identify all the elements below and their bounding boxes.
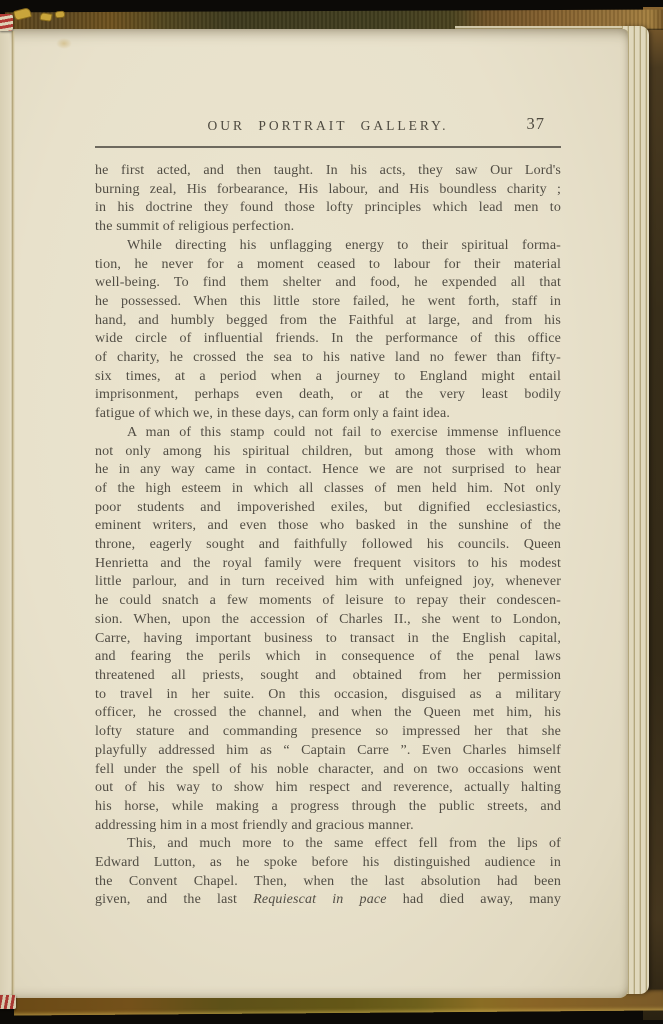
text-run: Edward Lutton, as he spoke before his di…: [95, 855, 561, 870]
text-line: sion. When, upon the accession of Charle…: [95, 611, 561, 630]
text-line: This, and much more to the same effect f…: [95, 835, 561, 854]
text-line: addressing him in a most friendly and gr…: [95, 817, 561, 836]
text-run: he in any way came in contact. Hence we …: [95, 462, 561, 477]
text-line: he first acted, and then taught. In his …: [95, 162, 561, 181]
text-line: fatigue of which we, in these days, can …: [95, 405, 561, 424]
text-line: wide circle of influential friends. In t…: [95, 330, 561, 349]
page-number: 37: [527, 116, 546, 132]
text-run: out of his way to show him respect and r…: [95, 780, 561, 795]
text-run: in his doctrine they found those lofty p…: [95, 200, 561, 215]
text-run: had died away, many: [387, 892, 561, 907]
text-run: poor students and impoverished exiles, b…: [95, 500, 561, 515]
header-rule: [95, 146, 561, 148]
running-header-title: OUR PORTRAIT GALLERY.: [95, 118, 561, 134]
text-run: threatened all priests, sought and obtai…: [95, 668, 561, 683]
text-run: burning zeal, His forbearance, His labou…: [95, 182, 561, 197]
text-line: he in any way came in contact. Hence we …: [95, 461, 561, 480]
text-run: hand, and humbly begged from the Faithfu…: [95, 313, 561, 328]
text-run: six times, at a period when a journey to…: [95, 369, 561, 384]
text-run: eminent writers, and even those who bask…: [95, 518, 561, 533]
text-run: of charity, he crossed the sea to his na…: [95, 350, 561, 365]
paper-stain: [56, 38, 72, 49]
text-run: Henrietta and the royal family were freq…: [95, 556, 561, 571]
text-run: officer, he crossed the channel, and whe…: [95, 705, 561, 720]
text-line: little parlour, and in turn received him…: [95, 573, 561, 592]
text-run: sion. When, upon the accession of Charle…: [95, 612, 561, 627]
paragraph: A man of this stamp could not fail to ex…: [95, 424, 561, 835]
text-run: to travel in her suite. On this occasion…: [95, 687, 561, 702]
text-line: his horse, while making a progress throu…: [95, 798, 561, 817]
text-run: given, and the last: [95, 892, 253, 907]
text-line: the summit of religious perfection.: [95, 218, 561, 237]
text-run: tion, he never for a moment ceased to la…: [95, 257, 561, 272]
text-run: he could snatch a few moments of leisure…: [95, 593, 561, 608]
text-line: Carre, having important business to tran…: [95, 630, 561, 649]
text-run: little parlour, and in turn received him…: [95, 574, 561, 589]
text-line: to travel in her suite. On this occasion…: [95, 686, 561, 705]
text-line: Henrietta and the royal family were freq…: [95, 555, 561, 574]
text-run: he possessed. When this little store fai…: [95, 294, 561, 309]
text-run: of the high esteem in which all classes …: [95, 481, 561, 496]
running-header: OUR PORTRAIT GALLERY. 37: [95, 118, 561, 134]
text-line: eminent writers, and even those who bask…: [95, 517, 561, 536]
text-line: officer, he crossed the channel, and whe…: [95, 704, 561, 723]
text-line: and fearing the perils which in conseque…: [95, 648, 561, 667]
text-line: out of his way to show him respect and r…: [95, 779, 561, 798]
page-text-block: OUR PORTRAIT GALLERY. 37 he first acted,…: [95, 118, 561, 910]
text-line: threatened all priests, sought and obtai…: [95, 667, 561, 686]
text-line: given, and the last Requiescat in pace h…: [95, 891, 561, 910]
text-line: well-being. To find them shelter and foo…: [95, 274, 561, 293]
text-line: he possessed. When this little store fai…: [95, 293, 561, 312]
scanned-book-photo: { "book_page": { "running_header": { "ti…: [0, 0, 663, 1024]
text-line: burning zeal, His forbearance, His labou…: [95, 181, 561, 200]
text-run: Carre, having important business to tran…: [95, 631, 561, 646]
text-line: poor students and impoverished exiles, b…: [95, 499, 561, 518]
text-run: imprisonment, perhaps even death, or at …: [95, 387, 561, 402]
italic-latin-phrase: Requiescat in pace: [253, 892, 386, 907]
text-run: the Convent Chapel. Then, when the last …: [95, 874, 561, 889]
text-line: throne, eagerly sought and faithfully fo…: [95, 536, 561, 555]
torn-paper-fragment: [39, 12, 52, 22]
text-line: tion, he never for a moment ceased to la…: [95, 256, 561, 275]
text-run: wide circle of influential friends. In t…: [95, 331, 561, 346]
paragraph: While directing his unflagging energy to…: [95, 237, 561, 424]
text-line: of charity, he crossed the sea to his na…: [95, 349, 561, 368]
text-run: fell under the spell of his noble charac…: [95, 762, 561, 777]
text-line: lofty stature and commanding presence so…: [95, 723, 561, 742]
text-line: fell under the spell of his noble charac…: [95, 761, 561, 780]
headband-top: [0, 14, 13, 31]
torn-paper-fragment: [55, 11, 66, 19]
text-line: A man of this stamp could not fail to ex…: [95, 424, 561, 443]
gutter-fold-line: [11, 31, 15, 996]
paragraph: he first acted, and then taught. In his …: [95, 162, 561, 237]
text-run: he first acted, and then taught. In his …: [95, 163, 561, 178]
text-line: six times, at a period when a journey to…: [95, 368, 561, 387]
text-line: While directing his unflagging energy to…: [95, 237, 561, 256]
text-run: the summit of religious perfection.: [95, 219, 294, 234]
text-run: his horse, while making a progress throu…: [95, 799, 561, 814]
text-run: playfully addressed him as “ Captain Car…: [95, 743, 561, 758]
text-run: fatigue of which we, in these days, can …: [95, 406, 450, 421]
text-line: Edward Lutton, as he spoke before his di…: [95, 854, 561, 873]
paragraph: This, and much more to the same effect f…: [95, 835, 561, 910]
headband-bottom: [0, 995, 16, 1009]
text-run: addressing him in a most friendly and gr…: [95, 818, 414, 833]
text-run: throne, eagerly sought and faithfully fo…: [95, 537, 561, 552]
text-line: of the high esteem in which all classes …: [95, 480, 561, 499]
text-line: he could snatch a few moments of leisure…: [95, 592, 561, 611]
text-line: in his doctrine they found those lofty p…: [95, 199, 561, 218]
text-run: well-being. To find them shelter and foo…: [95, 275, 561, 290]
text-run: not only among his spiritual children, b…: [95, 444, 561, 459]
page-text-body: he first acted, and then taught. In his …: [95, 162, 561, 910]
text-run: and fearing the perils which in conseque…: [95, 649, 561, 664]
text-line: the Convent Chapel. Then, when the last …: [95, 873, 561, 892]
text-run: A man of this stamp could not fail to ex…: [127, 425, 561, 440]
text-run: While directing his unflagging energy to…: [127, 238, 561, 253]
text-line: not only among his spiritual children, b…: [95, 443, 561, 462]
text-run: This, and much more to the same effect f…: [127, 836, 561, 851]
text-line: imprisonment, perhaps even death, or at …: [95, 386, 561, 405]
text-line: hand, and humbly begged from the Faithfu…: [95, 312, 561, 331]
text-line: playfully addressed him as “ Captain Car…: [95, 742, 561, 761]
text-run: lofty stature and commanding presence so…: [95, 724, 561, 739]
